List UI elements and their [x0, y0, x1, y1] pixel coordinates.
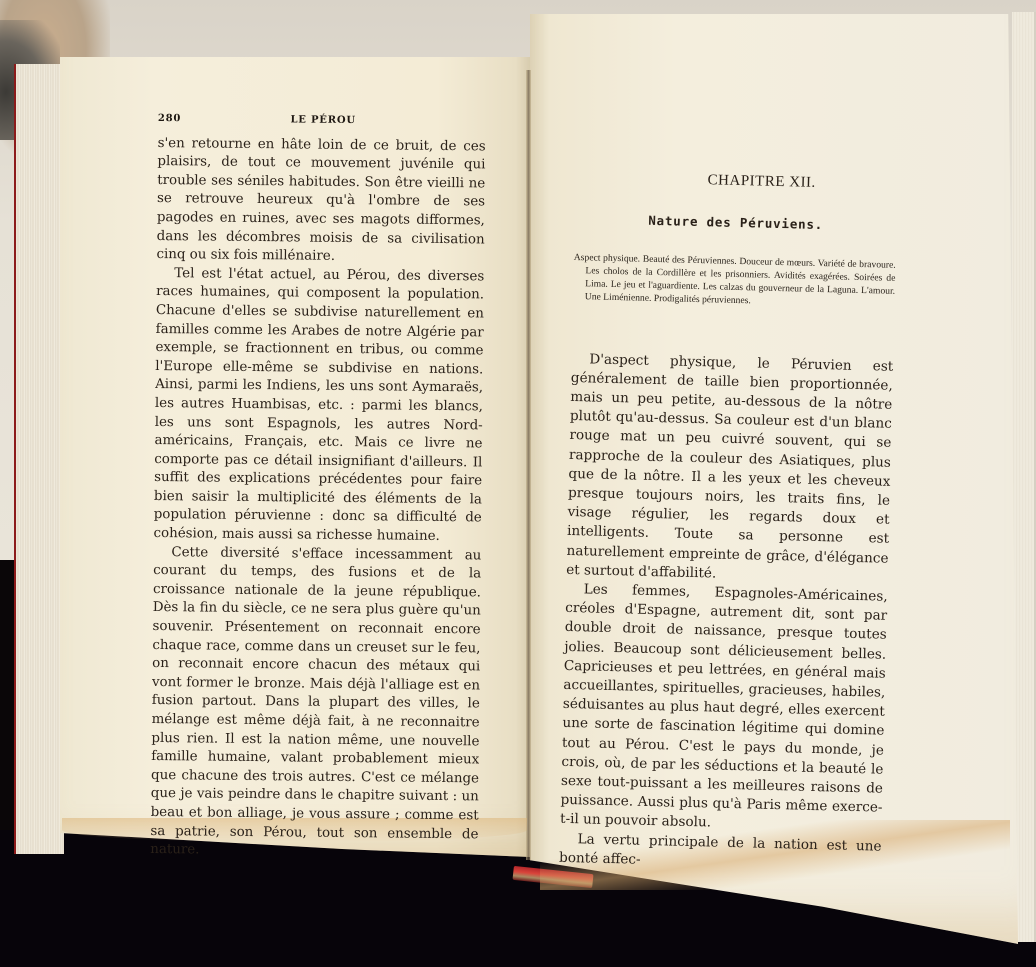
paragraph: Cette diversité s'efface incessamment au… — [150, 544, 481, 864]
paragraph: Les femmes, Espagnoles-Américaines, créo… — [560, 580, 888, 837]
page-number: 280 — [158, 110, 181, 129]
paragraph: Tel est l'état actuel, au Pérou, des div… — [153, 265, 484, 547]
running-head: 280 LE PÉROU — [158, 110, 486, 132]
running-title: LE PÉROU — [290, 111, 356, 130]
book-gutter — [526, 70, 531, 860]
page-block-left-edge — [14, 64, 64, 854]
paragraph: D'aspect physique, le Péruvien est génér… — [566, 350, 894, 588]
chapter-title: Nature des Péruviens. — [575, 209, 897, 236]
left-page-text: 280 LE PÉROU s'en retourne en hâte loin … — [150, 110, 486, 863]
chapter-summary: Aspect physique. Beauté des Péruviennes.… — [573, 252, 896, 311]
paragraph: La vertu principale de la nation est une… — [559, 829, 882, 875]
paragraph: s'en retourne en hâte loin de ce bruit, … — [156, 135, 485, 269]
right-page-text: CHAPITRE XII. Nature des Péruviens. Aspe… — [559, 168, 898, 876]
